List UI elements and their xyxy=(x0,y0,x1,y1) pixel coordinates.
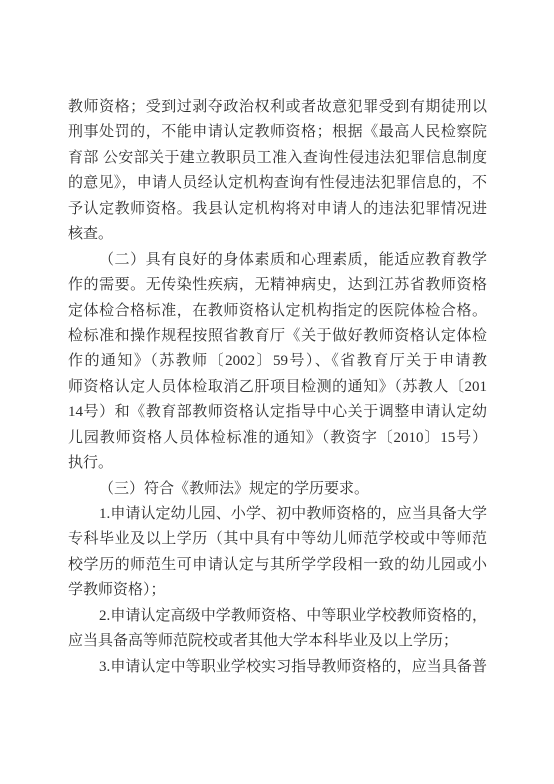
text-line: 育部 公安部关于建立教职员工准入查询性侵违法犯罪信息制度 xyxy=(68,146,487,171)
text-line: 14号）和《教育部教师资格认定指导中心关于调整申请认定幼 xyxy=(68,400,487,425)
text-line: 学教师资格）； xyxy=(68,578,487,603)
text-line: 作的通知》（苏教师〔2002〕59号）、《省教育厅关于申请教 xyxy=(68,349,487,374)
text-line: 3.申请认定中等职业学校实习指导教师资格的，应当具备普 xyxy=(68,655,487,680)
text-line: 执行。 xyxy=(68,451,487,476)
text-line: 2.申请认定高级中学教师资格、中等职业学校教师资格的， xyxy=(68,604,487,629)
text-line: 儿园教师资格人员体检标准的通知》（教资字〔2010〕15号） xyxy=(68,426,487,451)
text-line: 定体检合格标准，在教师资格认定机构指定的医院体检合格。体 xyxy=(68,299,487,324)
text-line: 的意见》，申请人员经认定机构查询有性侵违法犯罪信息的，不 xyxy=(68,171,487,196)
text-line: （三）符合《教师法》规定的学历要求。 xyxy=(68,477,487,502)
text-line: 教师资格；受到过剥夺政治权利或者故意犯罪受到有期徒刑以上 xyxy=(68,95,487,120)
text-line: 予认定教师资格。我县认定机构将对申请人的违法犯罪情况进行 xyxy=(68,197,487,222)
document-page: 教师资格；受到过剥夺政治权利或者故意犯罪受到有期徒刑以上刑事处罚的，不能申请认定… xyxy=(0,0,554,784)
text-line: （二）具有良好的身体素质和心理素质，能适应教育教学工 xyxy=(68,248,487,273)
text-line: 校学历的师范生可申请认定与其所学学段相一致的幼儿园或小 xyxy=(68,553,487,578)
text-line: 1.申请认定幼儿园、小学、初中教师资格的，应当具备大学 xyxy=(68,502,487,527)
text-line: 师资格认定人员体检取消乙肝项目检测的通知》（苏教人〔2010〕 xyxy=(68,375,487,400)
text-line: 核查。 xyxy=(68,222,487,247)
text-line: 刑事处罚的，不能申请认定教师资格；根据《最高人民检察院 教 xyxy=(68,120,487,145)
text-line: 应当具备高等师范院校或者其他大学本科毕业及以上学历； xyxy=(68,629,487,654)
text-line: 检标准和操作规程按照省教育厅《关于做好教师资格认定体检工 xyxy=(68,324,487,349)
text-line: 作的需要。无传染性疾病，无精神病史，达到江苏省教师资格认 xyxy=(68,273,487,298)
text-block: 教师资格；受到过剥夺政治权利或者故意犯罪受到有期徒刑以上刑事处罚的，不能申请认定… xyxy=(68,95,487,680)
text-line: 专科毕业及以上学历（其中具有中等幼儿师范学校或中等师范学 xyxy=(68,527,487,552)
